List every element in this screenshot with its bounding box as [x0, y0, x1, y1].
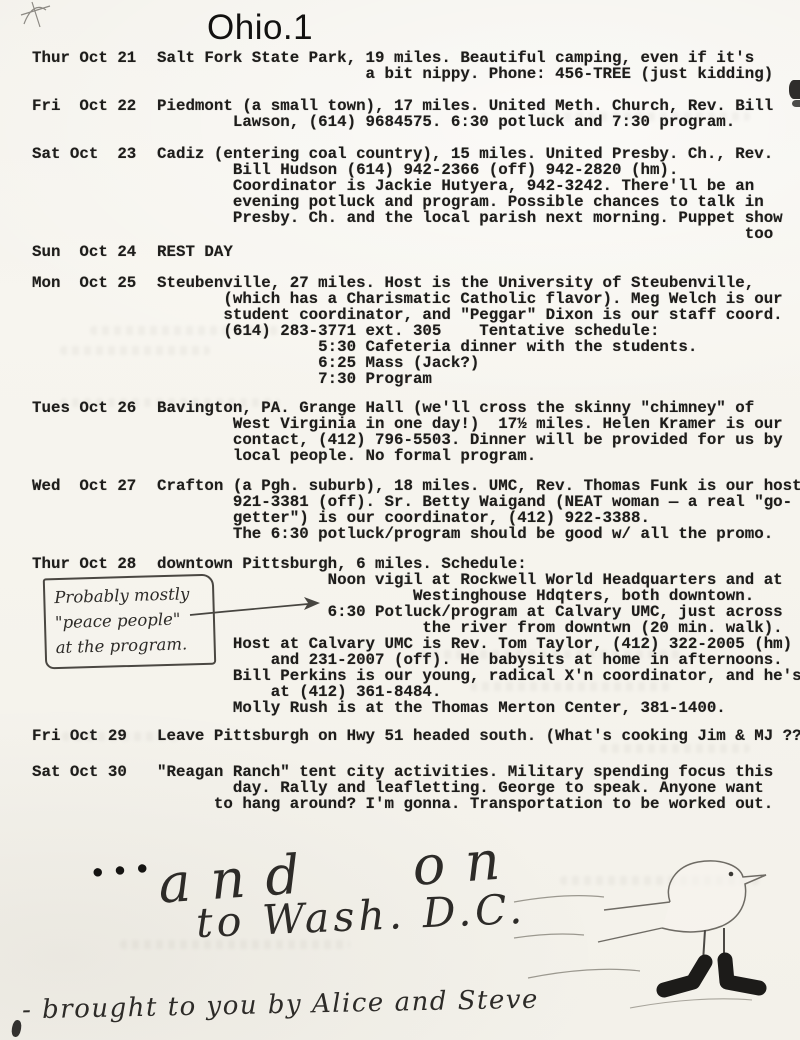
- itinerary-entry: Fri Oct 22 Piedmont (a small town), 17 m…: [32, 98, 800, 130]
- entry-date: Thur Oct 28: [32, 556, 157, 572]
- dove-with-boots-drawing: [512, 850, 797, 1018]
- entry-body: downtown Pittsburgh, 6 miles. Schedule: …: [157, 556, 800, 716]
- annotation-arrow-icon: [188, 596, 326, 622]
- itinerary: Thur Oct 21 Salt Fork State Park, 19 mil…: [32, 50, 800, 812]
- margin-note-line: at the program.: [55, 631, 206, 660]
- entry-date: Fri Oct 29: [32, 728, 157, 744]
- entry-body: Cadiz (entering coal country), 15 miles.…: [157, 146, 800, 242]
- itinerary-entry: Fri Oct 29 Leave Pittsburgh on Hwy 51 he…: [32, 728, 800, 744]
- ink-blob: [11, 1019, 23, 1037]
- itinerary-entry: Wed Oct 27 Crafton (a Pgh. suburb), 18 m…: [32, 478, 800, 542]
- scanned-itinerary-page: Ohio.1 Thur Oct 21 Salt Fork State Park,…: [0, 0, 800, 1040]
- entry-date: Sat Oct 23: [32, 146, 157, 162]
- entry-body: "Reagan Ranch" tent city activities. Mil…: [157, 764, 800, 812]
- itinerary-entry: Thur Oct 21 Salt Fork State Park, 19 mil…: [32, 50, 800, 82]
- entry-body: Steubenville, 27 miles. Host is the Univ…: [157, 275, 800, 387]
- itinerary-entry: Sat Oct 23 Cadiz (entering coal country)…: [32, 146, 800, 242]
- entry-date: Thur Oct 21: [32, 50, 157, 66]
- entry-date: Sun Oct 24: [32, 244, 157, 260]
- margin-note-line: Probably mostly: [54, 581, 205, 610]
- entry-date: Mon Oct 25: [32, 275, 157, 291]
- itinerary-entry: Sun Oct 24 REST DAY: [32, 244, 800, 260]
- entry-body: Leave Pittsburgh on Hwy 51 headed south.…: [157, 728, 800, 744]
- entry-date: Wed Oct 27: [32, 478, 157, 494]
- entry-body: Piedmont (a small town), 17 miles. Unite…: [157, 98, 800, 130]
- entry-body: Crafton (a Pgh. suburb), 18 miles. UMC, …: [157, 478, 800, 542]
- itinerary-entry: Sat Oct 30 "Reagan Ranch" tent city acti…: [32, 764, 800, 812]
- closing-dots: •••: [89, 853, 158, 888]
- entry-date: Sat Oct 30: [32, 764, 157, 780]
- entry-date: Tues Oct 26: [32, 400, 157, 416]
- itinerary-entry: Tues Oct 26 Bavington, PA. Grange Hall (…: [32, 400, 800, 464]
- page-title: Ohio.1: [207, 8, 313, 48]
- corner-scribble: [18, 0, 64, 30]
- entry-body: Salt Fork State Park, 19 miles. Beautifu…: [157, 50, 800, 82]
- entry-date: Fri Oct 22: [32, 98, 157, 114]
- itinerary-entry: Mon Oct 25 Steubenville, 27 miles. Host …: [32, 275, 800, 387]
- entry-body: Bavington, PA. Grange Hall (we'll cross …: [157, 400, 800, 464]
- entry-body: REST DAY: [157, 244, 800, 260]
- credit-line: - brought to you by Alice and Steve: [22, 985, 539, 1026]
